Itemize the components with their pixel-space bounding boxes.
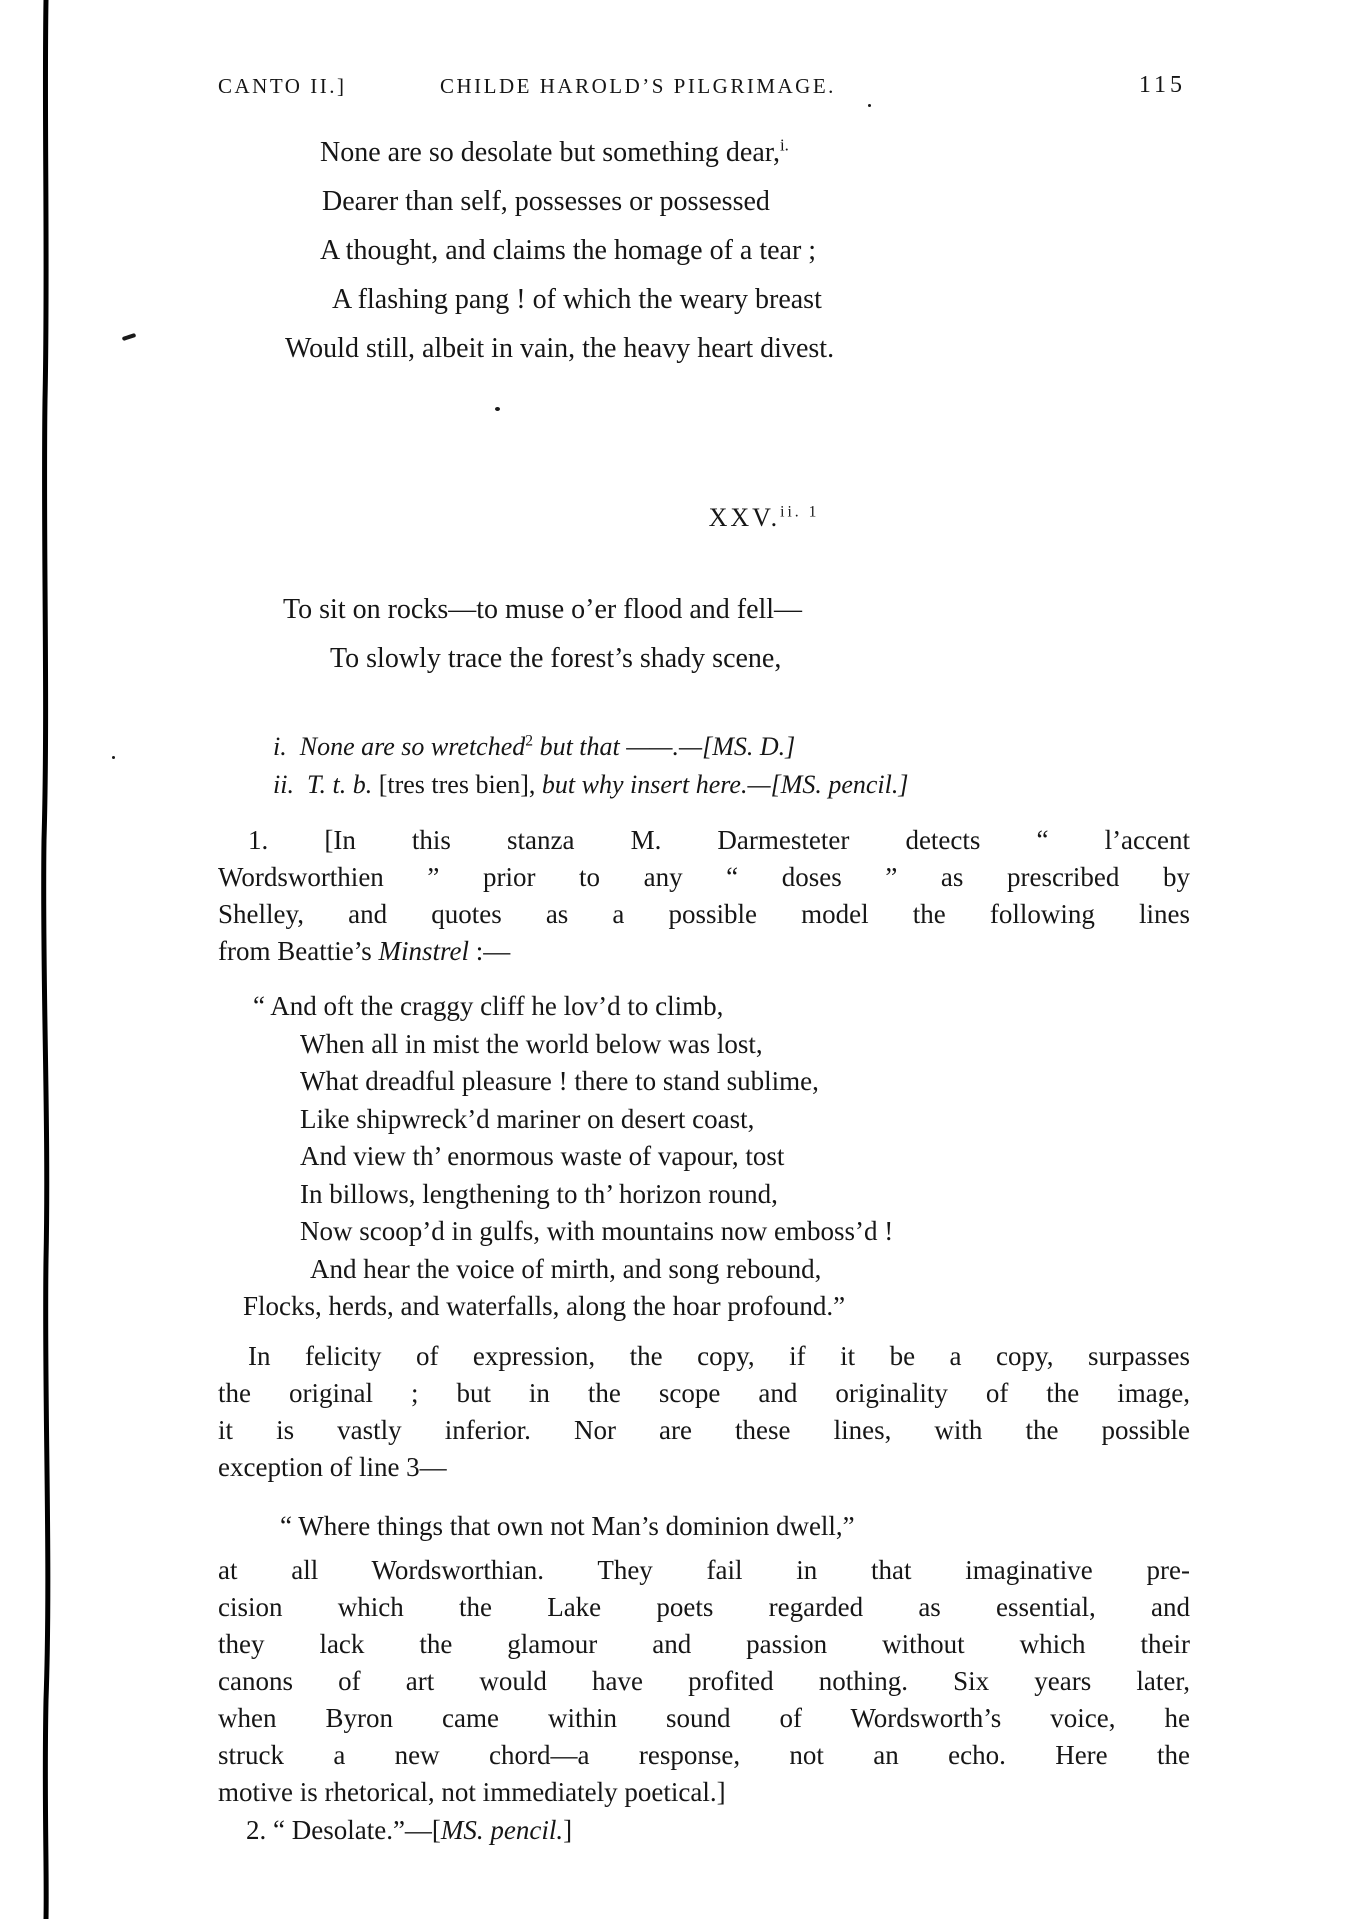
poem-line: To slowly trace the forest’s shady scene… xyxy=(218,634,1190,683)
prose-text: from Beattie’s xyxy=(218,936,378,966)
header-title: CHILDE HAROLD’S PILGRIMAGE. xyxy=(440,74,836,99)
prose-line: it is vastly inferior. Nor are these lin… xyxy=(218,1412,1190,1449)
prose-line: Wordsworthien ” prior to any “ doses ” a… xyxy=(218,859,1190,896)
note1-paragraph2: In felicity of expression, the copy, if … xyxy=(218,1338,1190,1486)
book-page: CANTO II.] CHILDE HAROLD’S PILGRIMAGE. 1… xyxy=(0,0,1353,1919)
prose-line: Shelley, and quotes as a possible model … xyxy=(218,896,1190,933)
note-superscript: 2 xyxy=(525,732,533,749)
note-label: ii. xyxy=(273,770,294,799)
stanza-xxiv-end: None are so desolate but something dear,… xyxy=(218,128,1190,373)
header-canto: CANTO II.] xyxy=(218,74,346,99)
note-reference: i. xyxy=(780,136,789,155)
variant-note-ii: ii. T. t. b. [tres tres bien], but why i… xyxy=(218,766,1190,804)
poem-line: A thought, and claims the homage of a te… xyxy=(218,226,1190,275)
note-text: None are so wretched xyxy=(300,732,526,761)
prose-line: 1. [In this stanza M. Darmesteter detect… xyxy=(218,822,1190,859)
quote-line: Now scoop’d in gulfs, with mountains now… xyxy=(218,1213,1190,1251)
section-numeral: XXV. xyxy=(709,503,780,532)
scan-speck xyxy=(122,333,137,341)
variant-note-i: i. None are so wretched2 but that ——.—[M… xyxy=(218,728,1190,766)
prose-line: In felicity of expression, the copy, if … xyxy=(218,1338,1190,1375)
note-text: T. t. b. xyxy=(307,770,379,799)
quote-line: “ And oft the craggy cliff he lov’d to c… xyxy=(218,988,1190,1026)
footnote-source: MS. pencil. xyxy=(441,1815,563,1845)
prose-text: :— xyxy=(469,936,510,966)
quote-line: “ Where things that own not Man’s domini… xyxy=(218,1508,1190,1545)
beattie-quotation: “ And oft the craggy cliff he lov’d to c… xyxy=(218,988,1190,1326)
quote-line: Like shipwreck’d mariner on desert coast… xyxy=(218,1101,1190,1139)
footnote-text: 2. “ Desolate.”—[ xyxy=(246,1815,441,1845)
poem-line: Dearer than self, possesses or possessed xyxy=(218,177,1190,226)
header-page-number: 115 xyxy=(1139,72,1186,99)
prose-line: the original ; but in the scope and orig… xyxy=(218,1375,1190,1412)
work-title: Minstrel xyxy=(378,936,469,966)
quote-line: And hear the voice of mirth, and song re… xyxy=(218,1251,1190,1289)
note-2: 2. “ Desolate.”—[MS. pencil.] xyxy=(218,1812,1190,1849)
scan-speck xyxy=(112,756,115,759)
poem-line: Would still, albeit in vain, the heavy h… xyxy=(218,324,1190,373)
note-text: [tres tres bien], xyxy=(379,770,542,799)
poem-line: None are so desolate but something dear,… xyxy=(218,128,1190,177)
poem-line: To sit on rocks—to muse o’er flood and f… xyxy=(218,585,1190,634)
prose-line: canons of art would have profited nothin… xyxy=(218,1663,1190,1700)
poem-line: A flashing pang ! of which the weary bre… xyxy=(218,275,1190,324)
page-header: CANTO II.] CHILDE HAROLD’S PILGRIMAGE. 1… xyxy=(218,74,1190,108)
footnote-text: ] xyxy=(563,1815,572,1845)
note1-paragraph1: 1. [In this stanza M. Darmesteter detect… xyxy=(218,822,1190,970)
quote-line: When all in mist the world below was los… xyxy=(218,1026,1190,1064)
prose-line: from Beattie’s Minstrel :— xyxy=(218,933,1190,970)
prose-line: exception of line 3— xyxy=(218,1449,1190,1486)
variant-notes: i. None are so wretched2 but that ——.—[M… xyxy=(218,728,1190,804)
section-heading: XXV.ii. 1 xyxy=(218,503,1250,533)
quote-line: In billows, lengthening to th’ horizon r… xyxy=(218,1176,1190,1214)
note1-paragraph3: at all Wordsworthian. They fail in that … xyxy=(218,1552,1190,1811)
scan-gutter-line xyxy=(36,0,58,1919)
section-note-refs: ii. 1 xyxy=(780,503,819,520)
prose-line: cision which the Lake poets regarded as … xyxy=(218,1589,1190,1626)
note-text: but that ——.—[MS. D.] xyxy=(533,732,795,761)
note-text: but why insert here.—[MS. pencil.] xyxy=(542,770,909,799)
quote-line: Flocks, herds, and waterfalls, along the… xyxy=(218,1288,1190,1326)
note-label: i. xyxy=(273,732,287,761)
scan-speck xyxy=(495,407,500,411)
prose-line: when Byron came within sound of Wordswor… xyxy=(218,1700,1190,1737)
stanza-xxv: To sit on rocks—to muse o’er flood and f… xyxy=(218,585,1190,683)
prose-line: they lack the glamour and passion withou… xyxy=(218,1626,1190,1663)
footnote-line: 2. “ Desolate.”—[MS. pencil.] xyxy=(218,1812,1190,1849)
prose-line: motive is rhetorical, not immediately po… xyxy=(218,1774,1190,1811)
quote-line: What dreadful pleasure ! there to stand … xyxy=(218,1063,1190,1101)
prose-line: at all Wordsworthian. They fail in that … xyxy=(218,1552,1190,1589)
dominion-quote: “ Where things that own not Man’s domini… xyxy=(218,1508,1190,1545)
poem-line-text: None are so desolate but something dear, xyxy=(320,137,780,168)
quote-line: And view th’ enormous waste of vapour, t… xyxy=(218,1138,1190,1176)
prose-line: struck a new chord—a response, not an ec… xyxy=(218,1737,1190,1774)
